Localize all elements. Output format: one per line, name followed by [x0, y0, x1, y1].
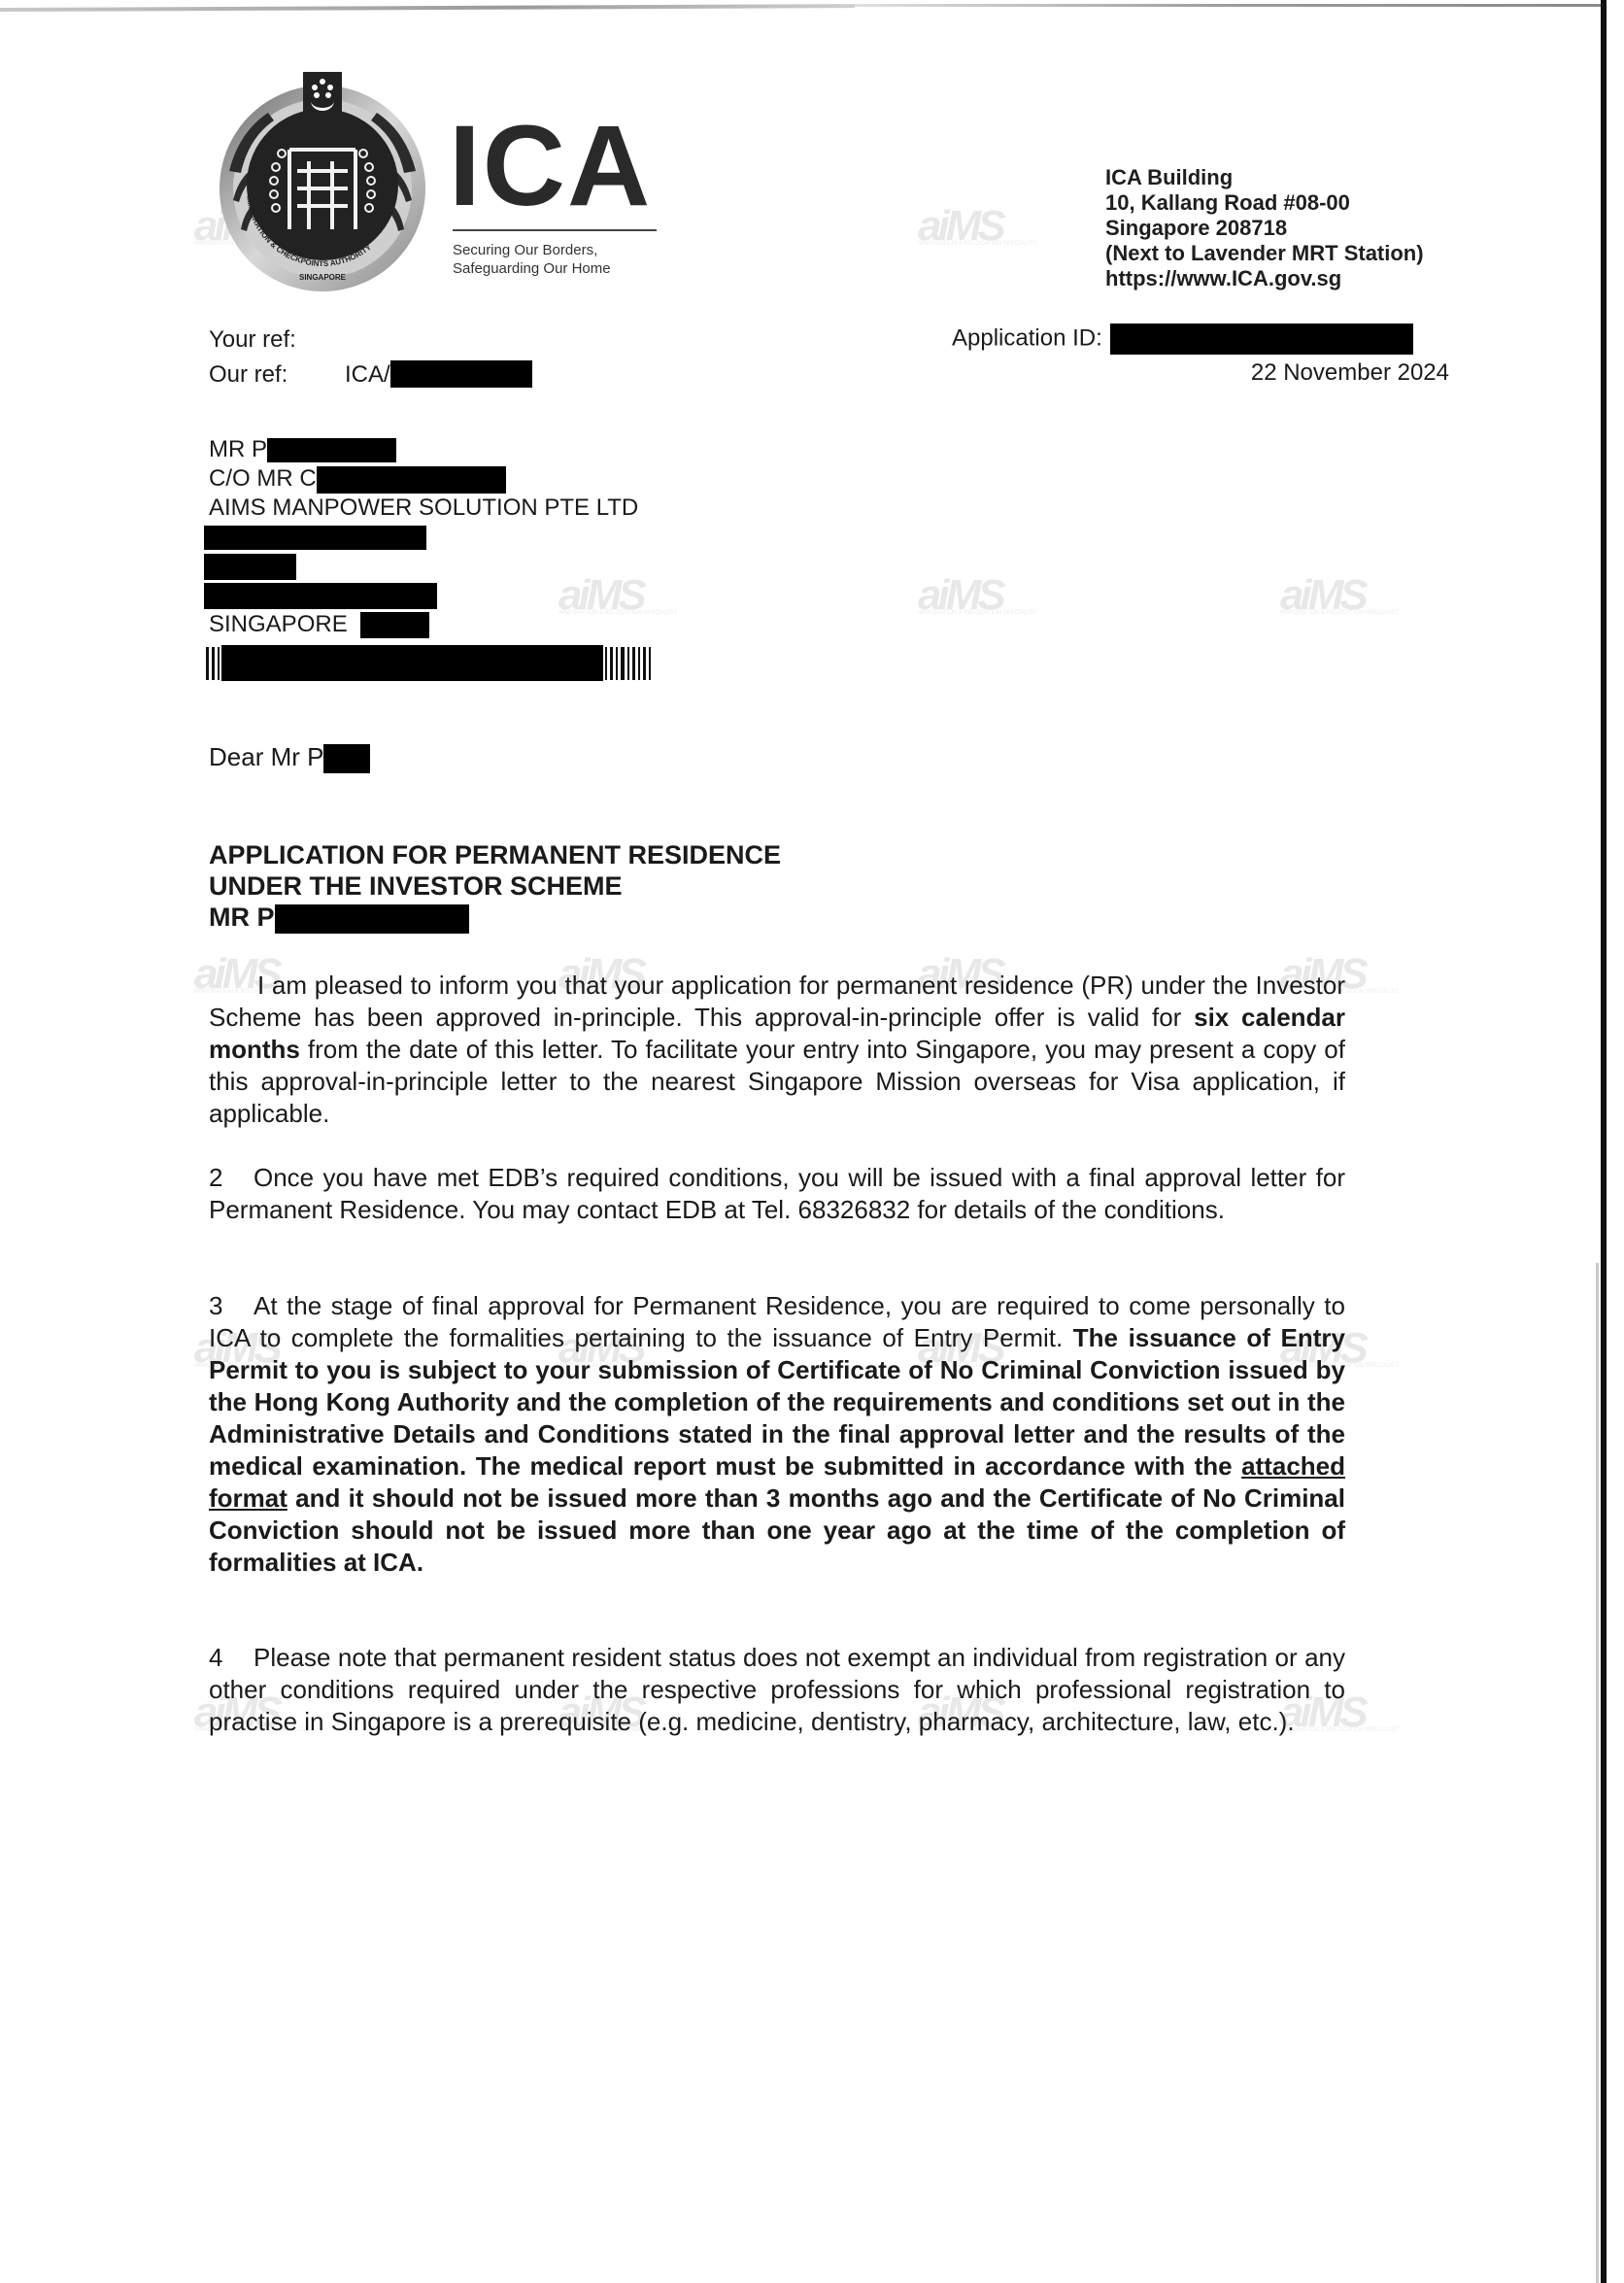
redaction-bar	[221, 645, 603, 681]
our-ref: Our ref:ICA/	[209, 361, 532, 389]
recipient-address-line	[209, 552, 638, 581]
address-line: (Next to Lavender MRT Station)	[1105, 241, 1424, 266]
redaction-bar	[317, 466, 506, 494]
scan-edge-top-left	[0, 4, 855, 12]
watermark-logo: aiMSIMMIGRATION & RELOCATION SPECIALIST	[1280, 554, 1397, 622]
watermark-logo: aiMSIMMIGRATION & RELOCATION SPECIALIST	[918, 185, 1034, 253]
our-ref-label: Our ref:	[209, 361, 345, 389]
recipient-country: SINGAPORE	[209, 610, 638, 639]
recipient-name: MR P	[209, 435, 638, 464]
recipient-company: AIMS MANPOWER SOLUTION PTE LTD	[209, 494, 638, 523]
redaction-bar	[360, 612, 429, 638]
recipient-care-of: C/O MR C	[209, 464, 638, 494]
address-line: Singapore 208718	[1105, 216, 1424, 241]
your-ref: Your ref:	[209, 326, 296, 354]
recipient-address: MR P C/O MR C AIMS MANPOWER SOLUTION PTE…	[209, 435, 638, 639]
barcode	[206, 647, 664, 680]
address-line: 10, Kallang Road #08-00	[1105, 190, 1424, 216]
application-id: Application ID:	[952, 324, 1413, 355]
subject-line: APPLICATION FOR PERMANENT RESIDENCE	[209, 839, 781, 870]
svg-text:SINGAPORE: SINGAPORE	[299, 273, 347, 282]
your-ref-label: Your ref:	[209, 326, 296, 353]
redaction-bar	[323, 744, 370, 773]
recipient-address-line	[209, 581, 638, 610]
address-line: ICA Building	[1105, 165, 1424, 190]
paragraph-2: 2Once you have met EDB’s required condit…	[209, 1162, 1345, 1226]
brand-tagline-2: Safeguarding Our Home	[453, 259, 657, 278]
brand-tagline-1: Securing Our Borders,	[453, 241, 657, 259]
redaction-bar	[204, 554, 296, 580]
scan-edge-top-right	[855, 4, 1603, 7]
our-ref-prefix: ICA/	[345, 361, 390, 388]
letter-subject: APPLICATION FOR PERMANENT RESIDENCE UNDE…	[209, 839, 781, 934]
paragraph-1: I am pleased to inform you that your app…	[209, 970, 1345, 1130]
letter-date: 22 November 2024	[1251, 359, 1449, 387]
redaction-bar	[390, 360, 532, 388]
sender-address: ICA Building 10, Kallang Road #08-00 Sin…	[1105, 165, 1424, 291]
redaction-bar	[204, 583, 437, 609]
redaction-bar	[1110, 324, 1413, 355]
salutation: Dear Mr P	[209, 742, 370, 773]
paragraph-3: 3At the stage of final approval for Perm…	[209, 1290, 1345, 1579]
recipient-address-line	[209, 523, 638, 552]
scan-edge-shadow	[1596, 1263, 1599, 2283]
website-link[interactable]: https://www.ICA.gov.sg	[1105, 266, 1424, 291]
ica-brand: ICA Securing Our Borders, Safeguarding O…	[449, 109, 657, 278]
redaction-bar	[267, 438, 396, 462]
redaction-bar	[204, 526, 426, 550]
scan-edge-right	[1601, 0, 1607, 2283]
paragraph-4: 4Please note that permanent resident sta…	[209, 1642, 1345, 1738]
brand-name: ICA	[449, 109, 657, 223]
watermark-logo: aiMSIMMIGRATION & RELOCATION SPECIALIST	[918, 554, 1034, 622]
subject-line: MR P	[209, 902, 781, 934]
subject-line: UNDER THE INVESTOR SCHEME	[209, 870, 781, 902]
ica-seal-icon: IMMIGRATION & CHECKPOINTS AUTHORITY SING…	[212, 64, 433, 293]
application-id-label: Application ID:	[952, 324, 1102, 351]
redaction-bar	[275, 904, 469, 934]
